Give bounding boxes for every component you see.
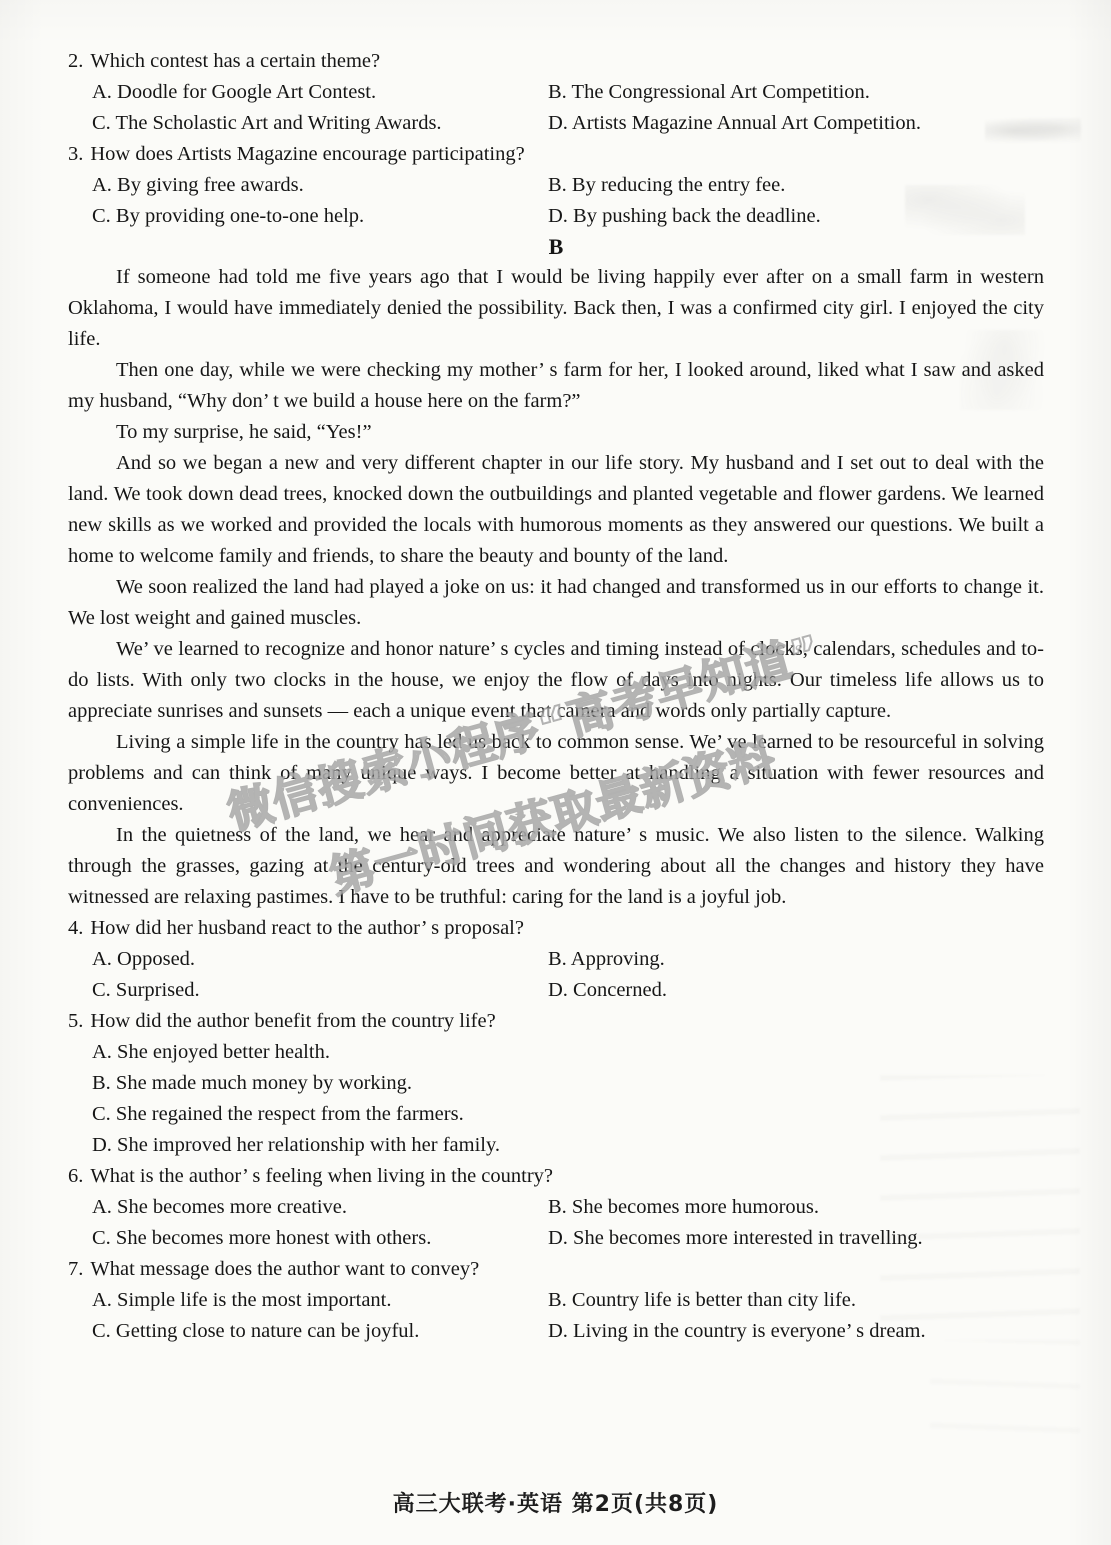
option-c: C. Getting close to nature can be joyful… xyxy=(92,1316,548,1347)
option-b: B. By reducing the entry fee. xyxy=(548,170,1044,201)
passage-paragraph-1: If someone had told me five years ago th… xyxy=(68,262,1044,355)
option-d: D. Artists Magazine Annual Art Competiti… xyxy=(548,108,1044,139)
passage-paragraph-5: We soon realized the land had played a j… xyxy=(68,572,1044,634)
question-text: What is the author’ s feeling when livin… xyxy=(90,1165,553,1187)
scan-artifact xyxy=(930,1340,1080,1460)
question-7-options: A. Simple life is the most important. B.… xyxy=(68,1285,1044,1347)
question-7: 7.What message does the author want to c… xyxy=(68,1254,1044,1347)
page-content: 2.Which contest has a certain theme? A. … xyxy=(68,46,1044,1347)
page-footer: 高三大联考·英语 第2页(共8页) xyxy=(0,1487,1111,1518)
question-4: 4.How did her husband react to the autho… xyxy=(68,913,1044,1006)
question-6-stem: 6.What is the author’ s feeling when liv… xyxy=(68,1161,1044,1192)
question-5: 5.How did the author benefit from the co… xyxy=(68,1006,1044,1161)
question-5-stem: 5.How did the author benefit from the co… xyxy=(68,1006,1044,1037)
option-a: A. Opposed. xyxy=(92,944,548,975)
passage-paragraph-4: And so we began a new and very different… xyxy=(68,448,1044,572)
question-5-options: A. She enjoyed better health. B. She mad… xyxy=(68,1037,1044,1161)
question-number: 7. xyxy=(68,1258,83,1280)
question-text: Which contest has a certain theme? xyxy=(90,50,380,72)
option-d: D. Living in the country is everyone’ s … xyxy=(548,1316,1044,1347)
passage-b-label: B xyxy=(68,232,1044,262)
question-text: How did the author benefit from the coun… xyxy=(90,1010,495,1032)
question-number: 6. xyxy=(68,1165,83,1187)
question-6: 6.What is the author’ s feeling when liv… xyxy=(68,1161,1044,1254)
question-3-stem: 3.How does Artists Magazine encourage pa… xyxy=(68,139,1044,170)
passage-paragraph-8: In the quietness of the land, we hear an… xyxy=(68,820,1044,913)
option-c: C. The Scholastic Art and Writing Awards… xyxy=(92,108,548,139)
question-text: How does Artists Magazine encourage part… xyxy=(90,143,524,165)
question-number: 5. xyxy=(68,1010,83,1032)
option-a: A. She becomes more creative. xyxy=(92,1192,548,1223)
option-c: C. She regained the respect from the far… xyxy=(92,1099,1044,1130)
option-d: D. Concerned. xyxy=(548,975,1044,1006)
question-number: 4. xyxy=(68,917,83,939)
question-number: 2. xyxy=(68,50,83,72)
option-c: C. Surprised. xyxy=(92,975,548,1006)
option-a: A. Doodle for Google Art Contest. xyxy=(92,77,548,108)
option-b: B. Approving. xyxy=(548,944,1044,975)
question-4-stem: 4.How did her husband react to the autho… xyxy=(68,913,1044,944)
exam-scan-page: 2.Which contest has a certain theme? A. … xyxy=(0,0,1111,1545)
question-4-options: A. Opposed. B. Approving. C. Surprised. … xyxy=(68,944,1044,1006)
passage-paragraph-3: To my surprise, he said, “Yes!” xyxy=(68,417,1044,448)
option-b: B. She made much money by working. xyxy=(92,1068,1044,1099)
option-a: A. She enjoyed better health. xyxy=(92,1037,1044,1068)
question-2-options: A. Doodle for Google Art Contest. B. The… xyxy=(68,77,1044,139)
option-c: C. By providing one-to-one help. xyxy=(92,201,548,232)
passage-paragraph-6: We’ ve learned to recognize and honor na… xyxy=(68,634,1044,727)
question-text: What message does the author want to con… xyxy=(90,1258,479,1280)
question-7-stem: 7.What message does the author want to c… xyxy=(68,1254,1044,1285)
passage-paragraph-2: Then one day, while we were checking my … xyxy=(68,355,1044,417)
question-2: 2.Which contest has a certain theme? A. … xyxy=(68,46,1044,139)
passage-paragraph-7: Living a simple life in the country has … xyxy=(68,727,1044,820)
option-a: A. Simple life is the most important. xyxy=(92,1285,548,1316)
option-d: D. She improved her relationship with he… xyxy=(92,1130,1044,1161)
option-a: A. By giving free awards. xyxy=(92,170,548,201)
option-d: D. By pushing back the deadline. xyxy=(548,201,1044,232)
option-b: B. She becomes more humorous. xyxy=(548,1192,1044,1223)
question-text: How did her husband react to the author’… xyxy=(90,917,524,939)
question-6-options: A. She becomes more creative. B. She bec… xyxy=(68,1192,1044,1254)
option-b: B. Country life is better than city life… xyxy=(548,1285,1044,1316)
option-b: B. The Congressional Art Competition. xyxy=(548,77,1044,108)
question-3: 3.How does Artists Magazine encourage pa… xyxy=(68,139,1044,232)
option-d: D. She becomes more interested in travel… xyxy=(548,1223,1044,1254)
question-2-stem: 2.Which contest has a certain theme? xyxy=(68,46,1044,77)
question-number: 3. xyxy=(68,143,83,165)
question-3-options: A. By giving free awards. B. By reducing… xyxy=(68,170,1044,232)
reading-passage-b: If someone had told me five years ago th… xyxy=(68,262,1044,913)
option-c: C. She becomes more honest with others. xyxy=(92,1223,548,1254)
